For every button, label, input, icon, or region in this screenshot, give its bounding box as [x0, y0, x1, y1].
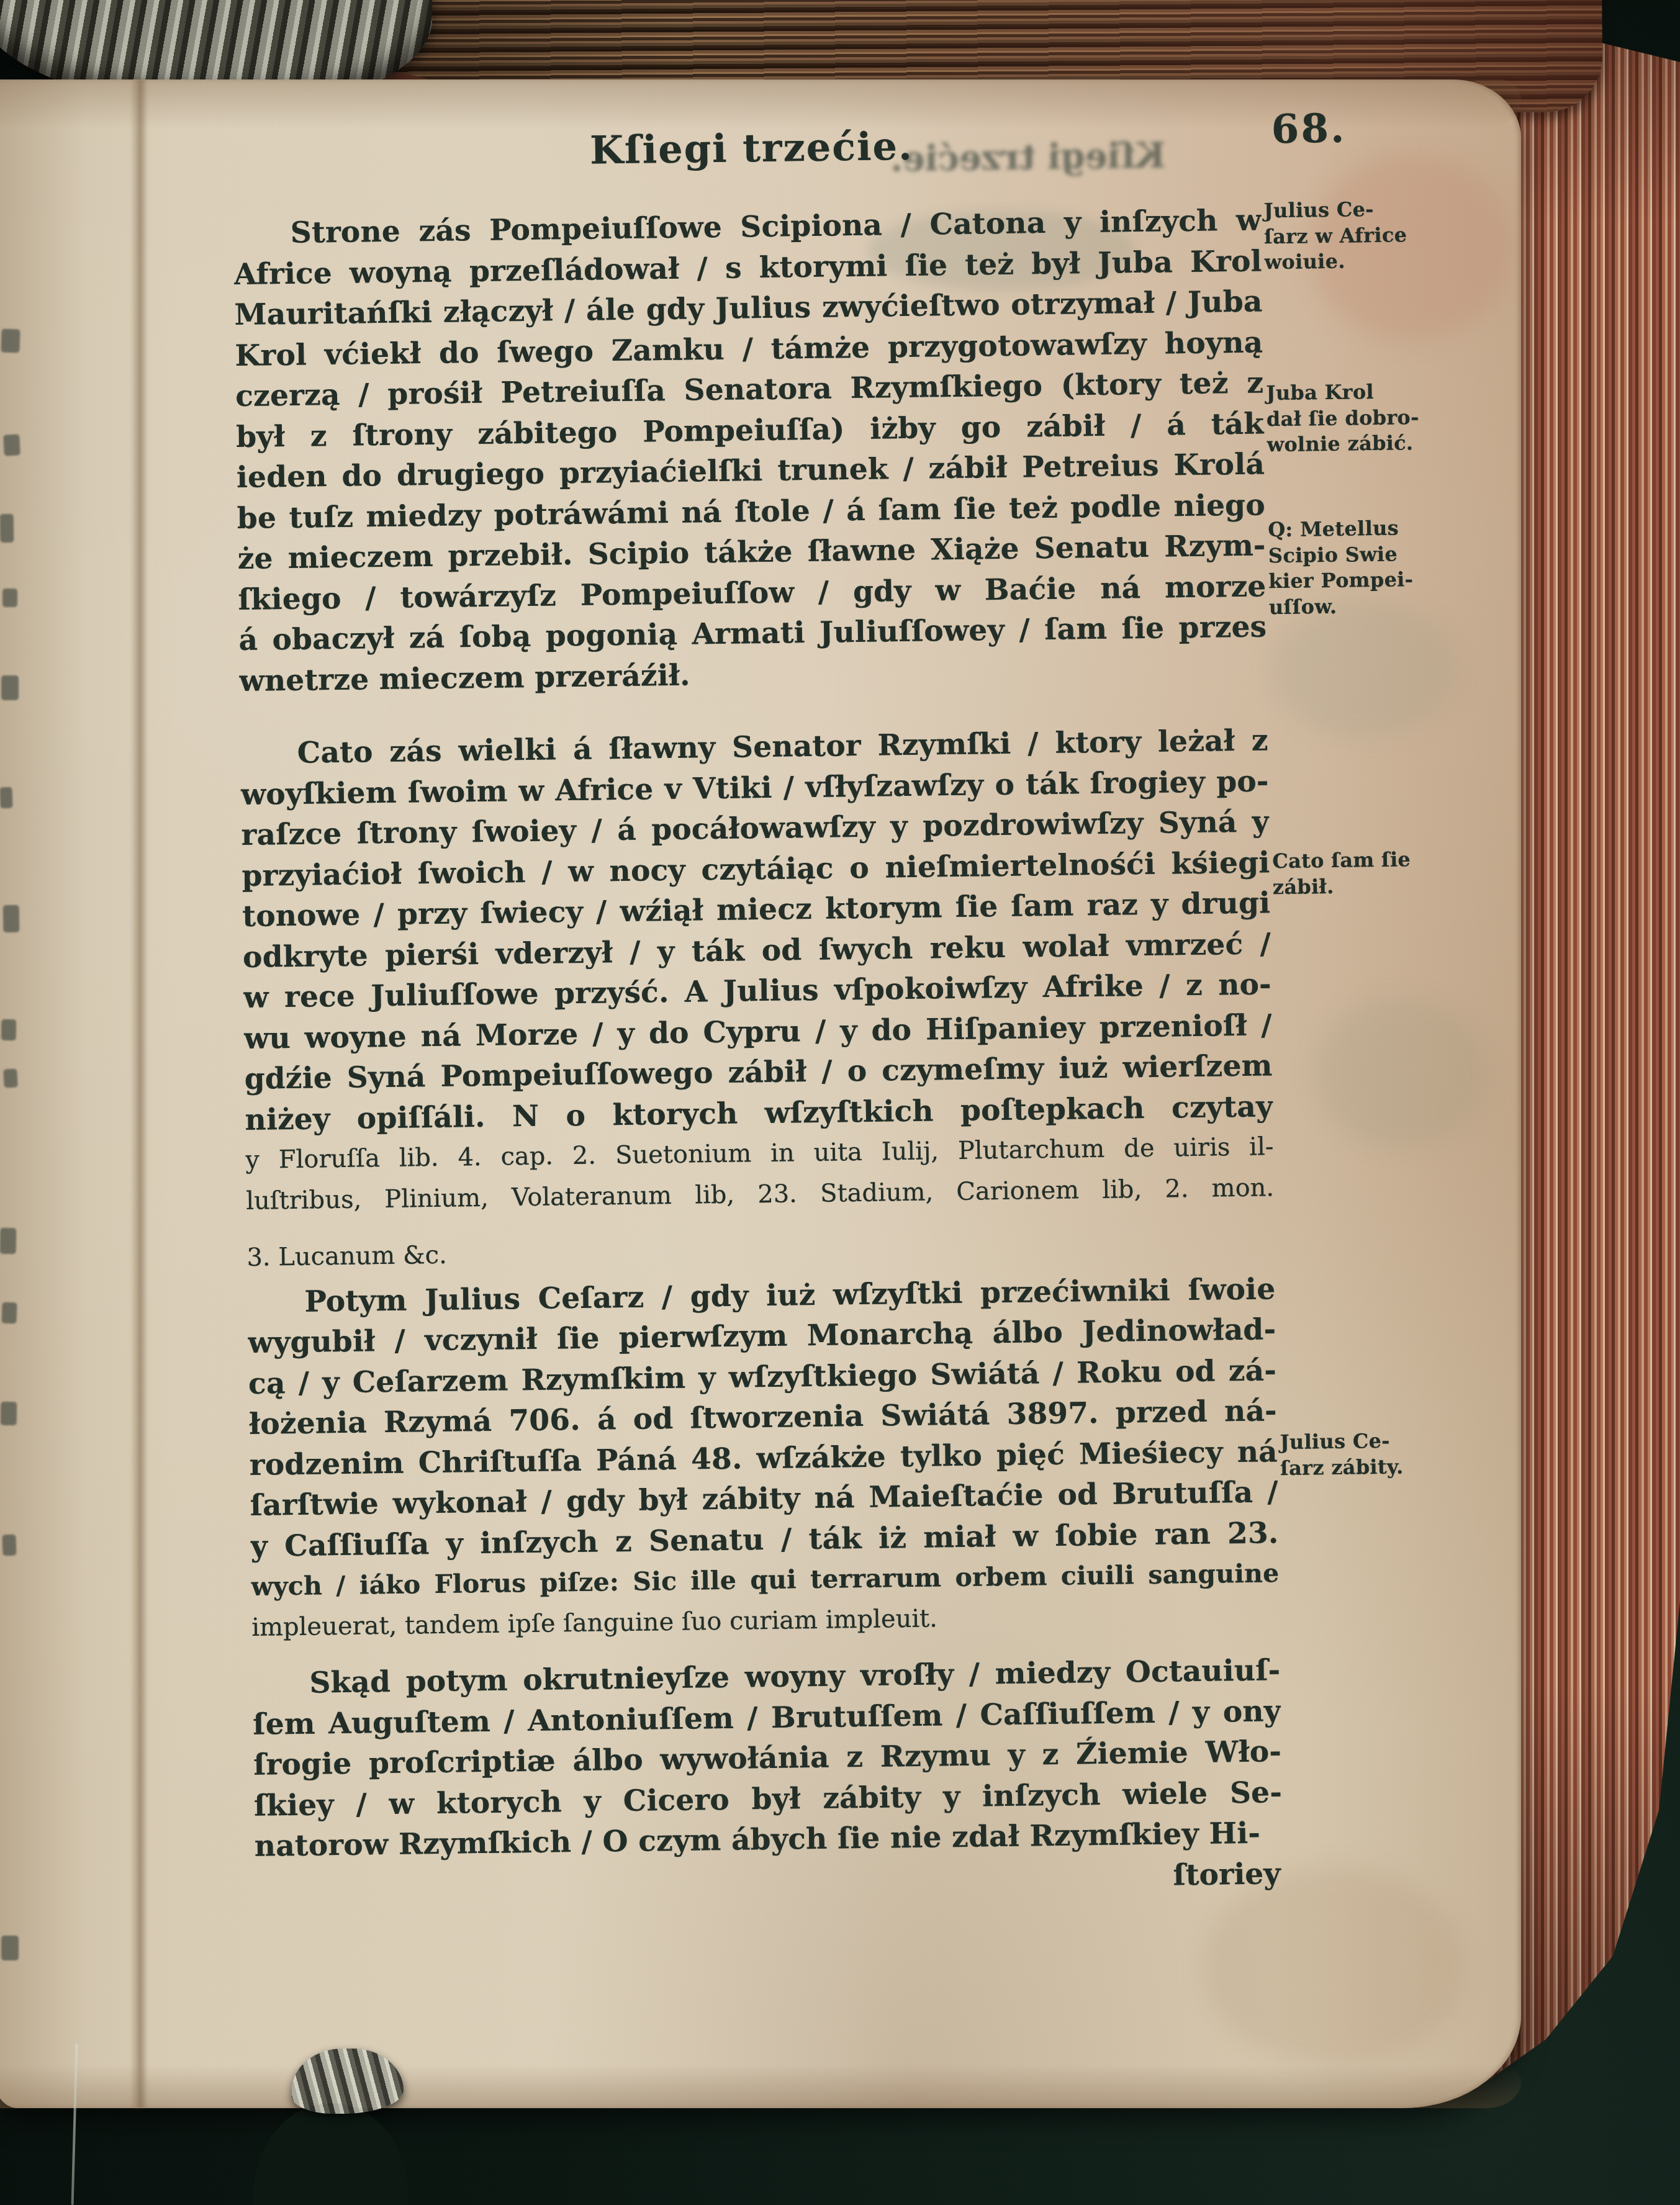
margin-note-line: Q: Metellus [1268, 515, 1458, 543]
margin-note-line: uſſow. [1269, 592, 1460, 621]
margin-note: Cato ſam ſiezábił. [1272, 846, 1463, 900]
margin-note-line: kier Pompei- [1268, 566, 1459, 595]
margin-note-line: wolnie zábić. [1267, 430, 1457, 458]
margin-note-line: Julius Ce- [1280, 1427, 1470, 1456]
paragraph: Potym Julius Ceſarz / gdy iuż wſzyſtki p… [247, 1269, 1280, 1648]
margin-note-line: Scipio Swie [1268, 541, 1459, 569]
page-number: 68. [1271, 106, 1346, 153]
margin-note: Q: MetellusScipio Swiekier Pompei-uſſow. [1268, 515, 1459, 620]
header-setoff-ghost: Kſiegi trzećie. [890, 135, 1166, 179]
margin-note-line: ſarz zábity. [1280, 1453, 1471, 1482]
running-title: Kſiegi trzećie. [590, 124, 913, 173]
paragraph: Skąd potym okrutnieyſze woyny vroſły / m… [252, 1650, 1283, 1867]
paragraph: Strone zás Pompeiuſſowe Scipiona / Caton… [233, 200, 1267, 701]
margin-note-line: Juba Krol [1266, 378, 1456, 407]
margin-note: Juba Kroldał ſie dobro-wolnie zábić. [1266, 378, 1457, 458]
gutter-bottom-notch [253, 2103, 409, 2205]
paragraph: Cato zás wielki á ſławny Senator Rzymſki… [240, 720, 1275, 1278]
margin-note-line: zábił. [1273, 872, 1463, 901]
book-scan: Kſiegi trzećie. Kſiegi trzećie. 68. Stro… [0, 0, 1680, 2205]
margin-note-line: dał ſie dobro- [1267, 404, 1457, 433]
margin-note-line: ſarz w Africe [1264, 222, 1455, 250]
margin-note-line: woiuie. [1264, 247, 1455, 276]
printed-content: Kſiegi trzećie. Kſiegi trzećie. 68. Stro… [0, 71, 1542, 2121]
margin-note-line: Julius Ce- [1263, 196, 1454, 224]
margin-note: Julius Ce-ſarz w Africewoiuie. [1263, 196, 1455, 275]
body-text: Strone zás Pompeiuſſowe Scipiona / Caton… [233, 200, 1283, 1907]
margin-note: Julius Ce-ſarz zábity. [1280, 1427, 1470, 1481]
margin-note-line: Cato ſam ſie [1272, 846, 1463, 875]
